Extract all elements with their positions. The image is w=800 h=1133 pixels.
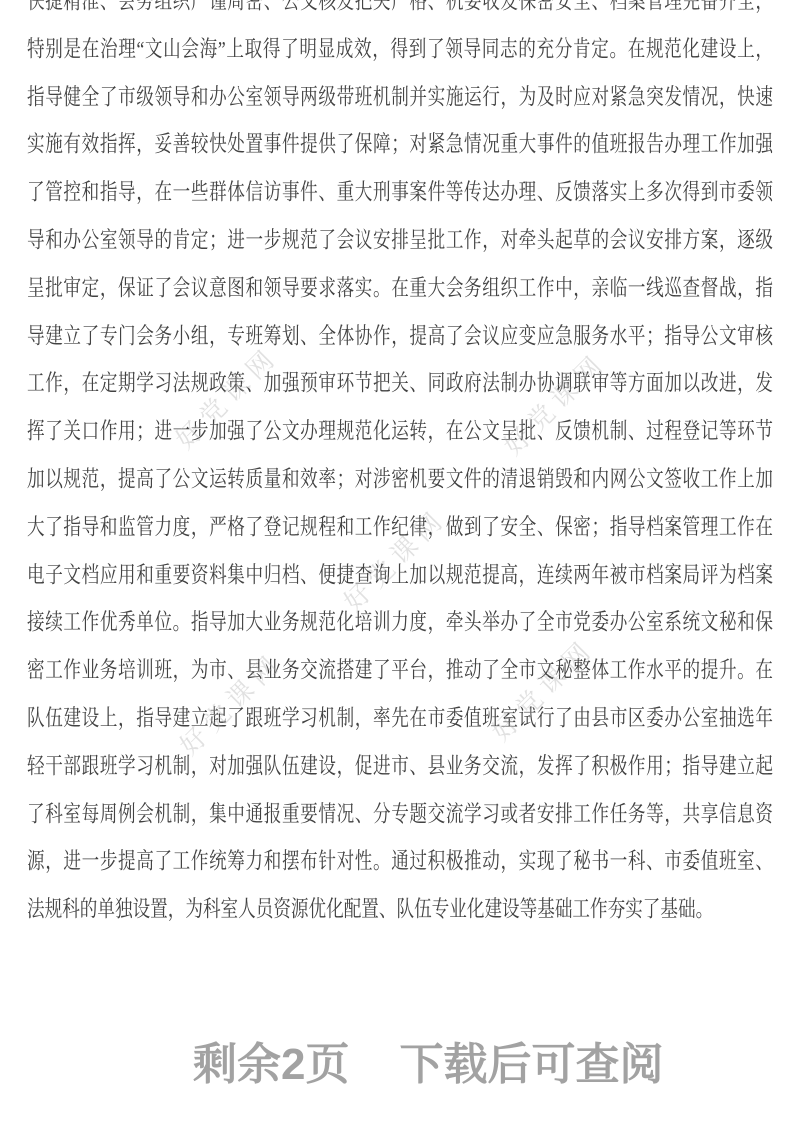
document-line: 法规科的单独设置，为科室人员资源优化配置、队伍专业化建设等基础工作夯实了基础。 — [27, 879, 773, 940]
download-hint-label: 下载后可查阅 — [399, 1040, 663, 1089]
pages-remaining-banner: 剩余2页下载后可查阅 — [193, 1028, 663, 1092]
remaining-pages-label: 剩余2页 — [193, 1040, 349, 1089]
document-text: 快捷精准、会务组织严谨周密、公文核发把关严格、机要收发保密安全、档案管理完备齐全… — [27, 0, 773, 934]
